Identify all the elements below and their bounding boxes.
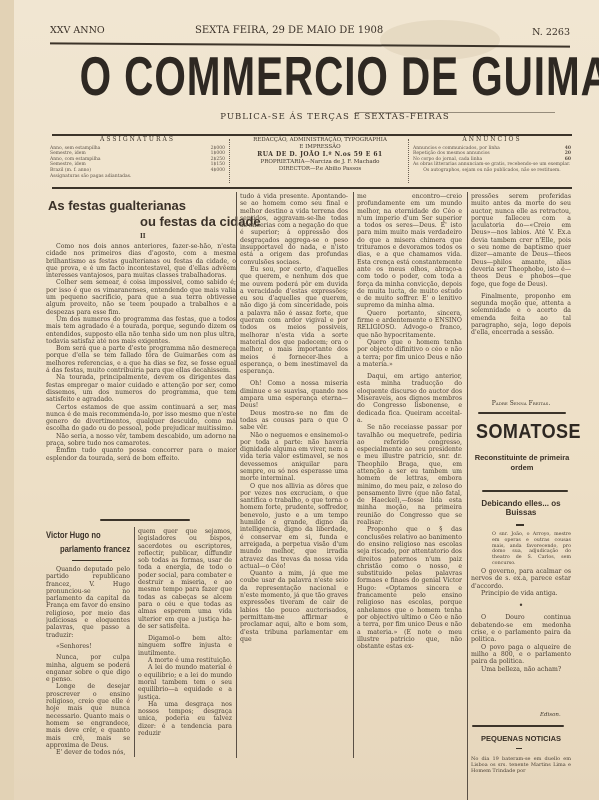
paragraph: Uma belleza, não acham?	[471, 666, 571, 673]
article2-headline-line2: parlamento francez	[60, 544, 130, 554]
column-4: me encontro—creio profundamente em um mu…	[357, 193, 462, 758]
paragraph: tudo á vida presente. Apontando-se ao ho…	[240, 193, 348, 266]
paragraph: Longe de desejar proscrever o ensino rel…	[46, 683, 130, 749]
paragraph: Emfim tudo quanto possa concorrer para o…	[46, 447, 236, 462]
paragraph: Bom será que a parte d'este programma nã…	[46, 345, 236, 374]
page-binding-edge	[0, 0, 15, 800]
paragraph: Principio de vida antiga.	[471, 590, 571, 597]
office-line1: REDACÇÃO, ADMINISTRAÇÃO, TYPOGRAPHIA	[236, 137, 404, 144]
section-divider-ornament	[478, 412, 566, 414]
somatose-ad-subtitle: Reconstituinte de primeira ordem	[473, 453, 571, 473]
subscriptions-heading: ASSIGNATURAS	[50, 137, 225, 143]
office-box: REDACÇÃO, ADMINISTRAÇÃO, TYPOGRAPHIA E I…	[236, 137, 404, 173]
paragraph: Quero que o homem tenha por objecto difi…	[357, 339, 462, 368]
article2-col2: quem quer que sejamos, legisladores ou b…	[138, 528, 232, 756]
article1-headline-line1: As festas gualterianas	[48, 198, 186, 213]
paragraph: Não o neguemos e ensinemol-o por toda a …	[240, 432, 348, 483]
volume-label: XXV ANNO	[50, 25, 105, 36]
article2-headline-line1: Victor Hugo no	[46, 530, 101, 540]
issue-number: N. 2263	[532, 27, 570, 38]
office-owner: PROPRIETARIA—Narciza de J. F. Machado	[236, 159, 404, 166]
section-intro: O snr. João, o Arroyo, mestre em operas …	[492, 532, 571, 567]
paragraph: Oh! Como a nossa miseria diminue e se su…	[240, 380, 348, 409]
column-divider	[353, 192, 354, 758]
paragraph: Proponho que o § das conclusões relativo…	[357, 526, 462, 650]
office-line2: E IMPRESSÃO	[236, 144, 404, 151]
section-divider-ornament	[472, 725, 564, 727]
paragraph: Daqui, em artigo anterior, esta minha tr…	[357, 373, 462, 424]
paragraph: Não seria, a nosso vêr, tambem descabido…	[46, 433, 236, 448]
paragraph: Um dos numeros do programma das festas, …	[46, 316, 236, 345]
paragraph: Quero portanto, sincera, firme e ardente…	[357, 310, 462, 339]
paragraph: O povo paga o alqueire de milho a 800, e…	[471, 644, 571, 666]
newspaper-title: O COMMERCIO DE GUIMARÃES	[80, 46, 531, 109]
box-divider	[408, 139, 410, 183]
column-divider	[236, 192, 237, 758]
section-debicando-body: O governo, para acalmar os nervos de s. …	[471, 568, 571, 693]
section-divider-ornament	[482, 490, 568, 492]
dash-ornament	[516, 748, 522, 749]
dash-ornament	[516, 524, 524, 526]
pequenas-noticias-heading: PEQUENAS NOTICIAS	[471, 734, 571, 743]
ads-box: ANNUNCIOS Annuncios e communicados, por …	[413, 137, 571, 174]
issue-date: SEXTA FEIRA, 29 DE MAIO DE 1908	[195, 25, 383, 36]
paragraph: me encontro—creio profundamente em um mu…	[357, 193, 462, 310]
paragraph: Finalmente, proponho em segunda moção qu…	[471, 293, 571, 337]
box-divider	[229, 139, 231, 183]
section-headline-debicando: Debicando elles... os Buissas	[471, 499, 571, 517]
paragraph: Digamol-o bem alto: ninguem soffre injus…	[138, 635, 232, 657]
column-5-article-end: pressões serem proferidas muito antes da…	[471, 193, 571, 353]
paragraph: A morte é uma restituição.	[138, 657, 232, 664]
subscription-note: Assignaturas são pagas adiantadas.	[50, 174, 225, 180]
ads-heading: ANNUNCIOS	[413, 137, 571, 143]
paragraph: Quando deputado pelo partido republicano…	[46, 566, 130, 639]
article-signature: Padre Senna Freitas.	[471, 400, 571, 407]
paragraph: «Senhores!	[46, 643, 130, 650]
column-divider	[134, 527, 135, 757]
section-signature: Edison.	[540, 712, 561, 718]
paragraph: O que nos allivia as dôres que por vezes…	[240, 483, 348, 571]
article2-col1: Quando deputado pelo partido republicano…	[46, 566, 130, 756]
paragraph: pressões serem proferidas muito antes da…	[471, 193, 571, 288]
headline-underline	[72, 560, 112, 561]
article1-part: II	[140, 233, 146, 240]
paragraph: A lei do mundo material é o equilibrio; …	[138, 664, 232, 700]
ads-note-autographs: Os autographos, sejam ou não publicados,…	[413, 168, 571, 174]
body-top-rule	[52, 187, 572, 189]
paragraph: O governo, para acalmar os nervos de s. …	[471, 568, 571, 590]
publication-schedule: PUBLICA-SE ÁS TERÇAS E SEXTAS-FEIRAS	[185, 112, 485, 122]
paragraph: O Douro continua debatendo-se em medonha…	[471, 614, 571, 643]
article-divider-ornament	[100, 519, 190, 521]
somatose-ad-title: SOMATOSE	[476, 421, 566, 444]
paragraph: quem quer que sejamos, legisladores ou b…	[138, 528, 232, 630]
paragraph: E' dever de todos nós,	[46, 749, 130, 756]
paragraph: Ha uma desgraça nos nossos tempos; desgr…	[138, 701, 232, 737]
article1-body: Como nos dois annos anteriores, fazer-se…	[46, 243, 236, 493]
paragraph: Quanto a mim, já que me coube usar da pa…	[240, 570, 348, 643]
paragraph: Se não receiasse passar por tavalhão ou …	[357, 424, 462, 526]
office-director: DIRECTOR—P.e Abilio Passos	[236, 166, 404, 173]
paragraph: Eu sou, por certo, d'aquelles que querem…	[240, 266, 348, 375]
bullet-ornament: •	[471, 602, 571, 609]
column-divider	[467, 192, 468, 800]
column-3: tudo á vida presente. Apontando-se ao ho…	[240, 193, 348, 758]
paragraph: Nunca, por culpa minha, alguem se poderá…	[46, 654, 130, 683]
paragraph: Colher sem semear, é coisa impossivel, c…	[46, 279, 236, 315]
paragraph: Deus mostra-se no fim de todas as cousas…	[240, 410, 348, 432]
subscriptions-box: ASSIGNATURAS Anno, sem estampilha2$000 S…	[50, 137, 225, 179]
office-address: RUA DE D. JOÃO I.º N.os 59 E 61	[257, 151, 382, 158]
pequenas-noticias-text: No dia 19 bateram-se em duello em Lisboa…	[471, 756, 571, 774]
paragraph: Na tourada, principalmente, devem os dir…	[46, 374, 236, 403]
paragraph: Certos estamos de que assim continuará a…	[46, 404, 236, 433]
paragraph: Como nos dois annos anteriores, fazer-se…	[46, 243, 236, 279]
